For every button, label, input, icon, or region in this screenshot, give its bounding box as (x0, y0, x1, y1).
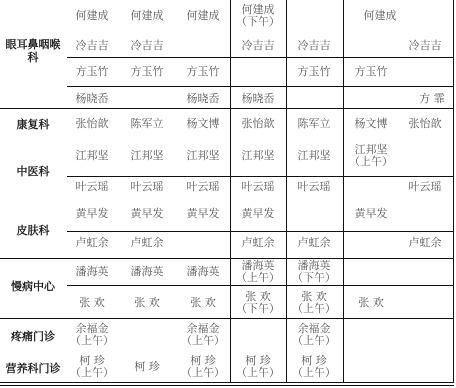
row-divider (67, 176, 454, 177)
cell: 黄早发 (76, 208, 109, 220)
cell-note: （下午） (236, 303, 280, 315)
table-bottom-border (0, 382, 454, 383)
cell: 卢虹余 (131, 237, 164, 249)
section-divider (0, 318, 454, 319)
cell: 黄早发 (131, 208, 164, 220)
cell-note: （下午） (292, 272, 336, 284)
cell: 冷吉吉 (409, 40, 442, 52)
section-divider (0, 108, 454, 109)
cell-note: （上午） (349, 156, 393, 168)
cell: 何建成 (76, 10, 109, 22)
cell-note: （上午） (236, 272, 280, 284)
cell-note: （上午） (292, 335, 336, 347)
cell-note: （上午） (70, 367, 114, 379)
cell-note: （上午） (292, 303, 336, 315)
dept-label-rehab: 康复科 (17, 118, 50, 131)
cell: 张怡歆 (242, 118, 275, 130)
cell: 叶云瑶 (187, 181, 220, 193)
cell: 张怡歆 (409, 118, 442, 130)
cell: 方玉竹 (187, 66, 220, 78)
row-divider (67, 57, 454, 58)
cell: 卢虹余 (76, 237, 109, 249)
cell: 潘海英 (131, 266, 164, 278)
cell: 叶云瑶 (298, 181, 331, 193)
row-divider (67, 231, 454, 232)
cell: 杨晓岙 (187, 93, 220, 105)
cell-note: （上午） (236, 367, 280, 379)
dept-label-pain: 疼痛门诊 (11, 330, 55, 343)
cell: 何建成 (364, 10, 397, 22)
cell: 张 欢 (134, 297, 160, 309)
cell: 卢虹余 (242, 237, 275, 249)
cell: 方玉竹 (298, 66, 331, 78)
cell: 叶云瑶 (131, 181, 164, 193)
cell: 陈军立 (131, 118, 164, 130)
dept-label-nutrition: 营养科门诊 (6, 362, 61, 375)
cell: 黄早发 (355, 208, 388, 220)
cell: 张 欢 (79, 297, 105, 309)
cell-note: （上午） (181, 367, 225, 379)
cell: 杨晓岙 (242, 93, 275, 105)
cell: 何建成 (187, 10, 220, 22)
dept-label-tcm: 中医科 (17, 165, 50, 178)
cell: 江邦坚 (131, 150, 164, 162)
table-bottom-border (0, 385, 454, 386)
cell: 叶云瑶 (409, 181, 442, 193)
row-divider (67, 86, 454, 87)
cell: 黄早发 (187, 208, 220, 220)
cell: 张 欢 (190, 297, 216, 309)
dept-label-derm: 皮肤科 (17, 224, 50, 237)
cell: 叶云瑶 (76, 181, 109, 193)
cell: 黄早发 (242, 208, 275, 220)
dept-label-ent: 眼耳鼻咽喉 科 (6, 38, 61, 64)
cell: 杨文博 (187, 118, 220, 130)
cell: 方玉竹 (355, 66, 388, 78)
cell: 江邦坚 (76, 150, 109, 162)
cell: 杨晓岙 (76, 93, 109, 105)
row-divider (67, 285, 454, 286)
cell: 方玉竹 (76, 66, 109, 78)
cell: 陈军立 (298, 118, 331, 130)
cell: 冷吉吉 (242, 40, 275, 52)
cell-note: （上午） (181, 335, 225, 347)
cell: 卢虹余 (409, 237, 442, 249)
cell: 江邦坚 (187, 150, 220, 162)
section-divider (0, 258, 454, 259)
cell: 冷吉吉 (131, 40, 164, 52)
cell-note: （上午） (70, 335, 114, 347)
cell: 潘海英 (187, 266, 220, 278)
cell-note: （上午） (292, 367, 336, 379)
cell: 江邦坚 (242, 150, 275, 162)
cell: 潘海英 (76, 266, 109, 278)
cell: 冷吉吉 (76, 40, 109, 52)
cell: 张 欢 (358, 297, 384, 309)
cell: 柯 珍 (134, 361, 160, 373)
cell: 冷吉吉 (298, 40, 331, 52)
cell: 叶云瑶 (242, 181, 275, 193)
cell-note: （下午） (236, 16, 280, 28)
cell: 江邦坚 (298, 150, 331, 162)
cell: 卢虹余 (298, 237, 331, 249)
dept-label-chronic: 慢病中心 (11, 280, 55, 293)
cell: 方玉竹 (131, 66, 164, 78)
cell: 方 霏 (419, 93, 445, 105)
cell: 杨文博 (355, 118, 388, 130)
cell: 张怡歆 (76, 118, 109, 130)
cell: 何建成 (131, 10, 164, 22)
